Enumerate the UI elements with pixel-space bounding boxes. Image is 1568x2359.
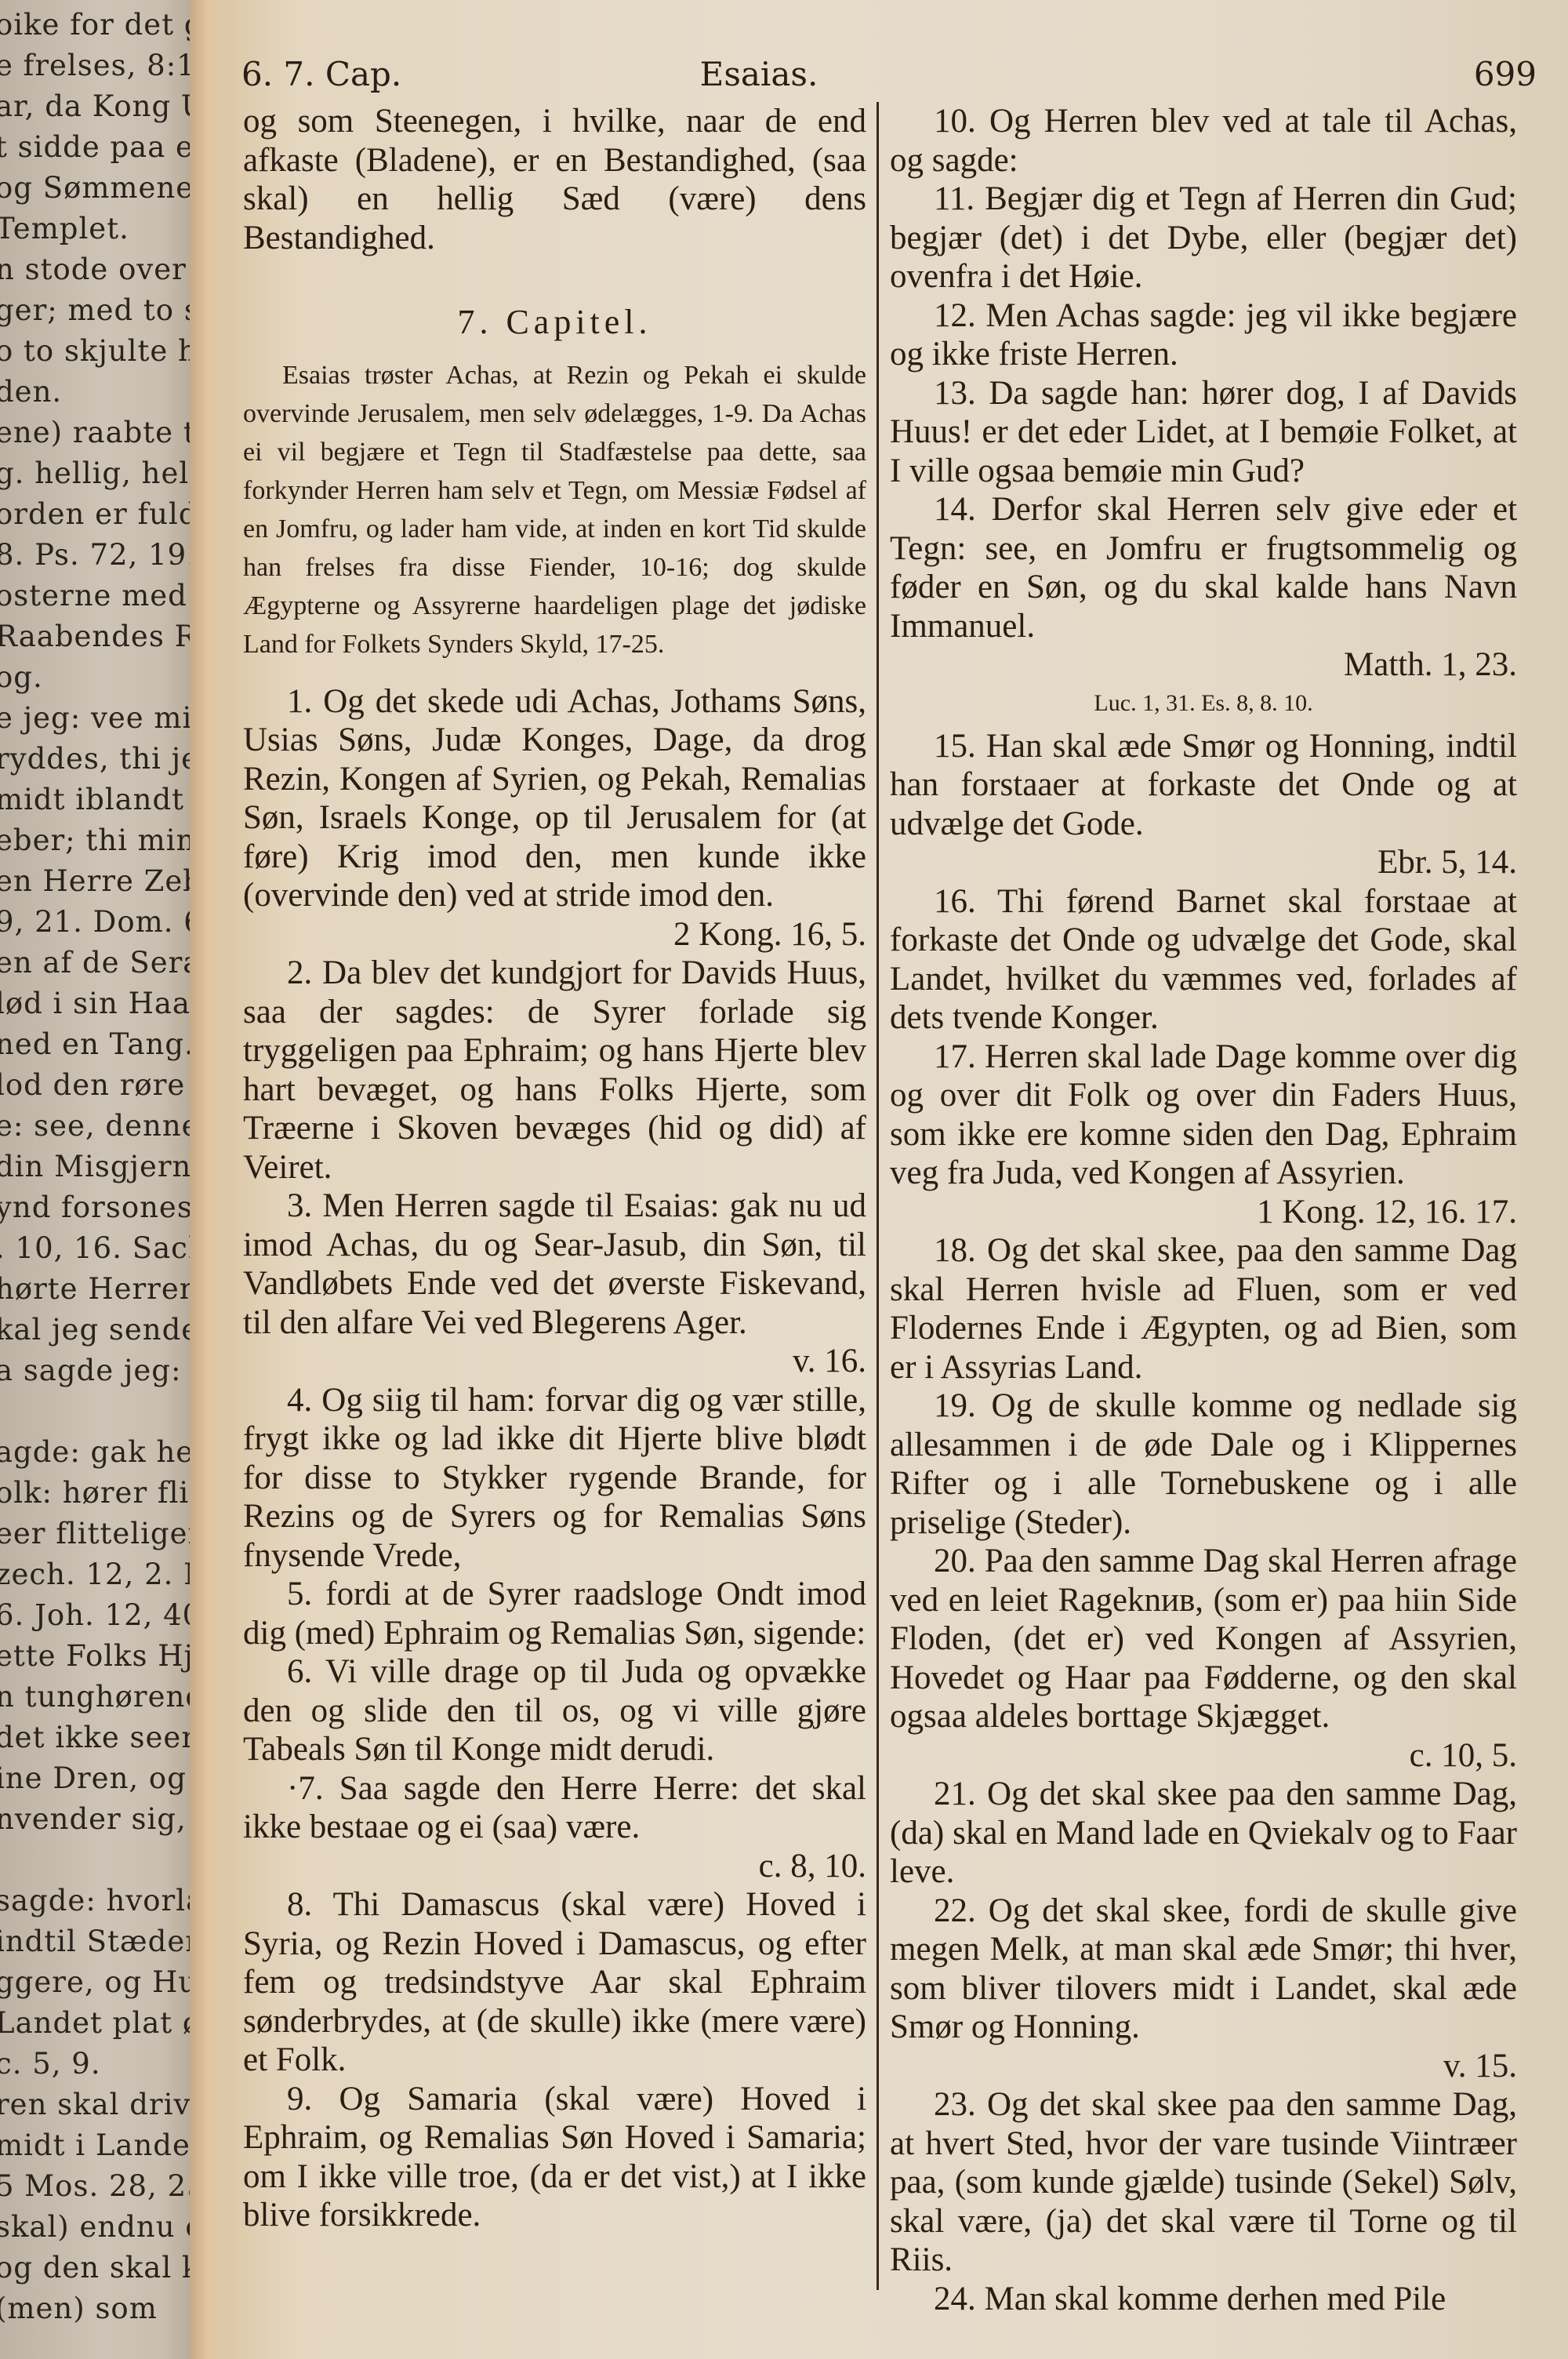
verse-text: Man skal komme derhen med Pile <box>985 2281 1446 2317</box>
facing-page-line: agde: gak hen, og du <box>0 1435 190 1469</box>
facing-page-line: ggere, og Husene for <box>0 1965 190 1999</box>
verse: 23. Og det skal skee paa den samme Dag, … <box>890 2085 1517 2280</box>
verse: 5. fordi at de Syrer raadsloge Ondt imod… <box>243 1575 866 1652</box>
verse-text: Og det skede udi Achas, Jothams Søns, Us… <box>243 683 866 914</box>
facing-page-line: 8. Ps. 72, 19. Hab. 3, 3. <box>0 538 190 572</box>
verse: 8. Thi Damascus (skal være) Hoved i Syri… <box>243 1885 866 2080</box>
cross-reference: c. 8, 10. <box>243 1847 866 1886</box>
cross-reference: 1 Kong. 12, 16. 17. <box>890 1193 1517 1232</box>
facing-page-line: og Sømmene af hans <box>0 171 190 205</box>
facing-page-line: din Misgjerning skal <box>0 1150 190 1183</box>
verse: 19. Og de skulle komme og nedlade sig al… <box>890 1387 1517 1542</box>
verse-text: Paa den samme Dag skal Herren afrage ved… <box>890 1543 1517 1735</box>
facing-page-line: en af de Seraphim til <box>0 946 190 980</box>
cross-reference: 2 Kong. 16, 5. <box>243 915 866 954</box>
cross-reference-secondary: Luc. 1, 31. Es. 8, 8. 10. <box>890 686 1517 721</box>
facing-page-line: olk: hører flitteligen og <box>0 1476 190 1510</box>
facing-page-line: (men) som <box>0 2292 158 2325</box>
facing-page-line: og den skal komme <box>0 2251 190 2284</box>
facing-page-line: ene) raabte til den (anden) <box>0 416 190 449</box>
running-head: 6. 7. Cap. Esaias. 699 <box>241 55 1537 102</box>
facing-page-line: hørte Herrens Røst, <box>0 1272 190 1306</box>
book-page: 6. 7. Cap. Esaias. 699 og som Steenegen,… <box>212 0 1568 2359</box>
chapter-summary: Esaias trøster Achas, at Rezin og Pekah … <box>243 356 866 663</box>
verse: 18. Og det skal skee, paa den samme Dag … <box>890 1231 1517 1387</box>
facing-page-line: n stode over ham, en <box>0 253 190 286</box>
facing-page-line: skal) endnu en Tiende <box>0 2210 190 2244</box>
verse-number: 15. <box>934 728 986 765</box>
verse-number: 2. <box>287 954 322 991</box>
facing-page-line: a sagde jeg: see, her er <box>0 1354 190 1387</box>
verse-number: 13. <box>934 375 989 412</box>
verse: 12. Men Achas sagde: jeg vil ikke begjær… <box>890 296 1517 374</box>
facing-page-line: osterne med Dørtærskel <box>0 579 190 612</box>
facing-page-line: en Herre Zebaoth. <box>0 864 190 898</box>
cross-reference: c. 10, 5. <box>890 1736 1517 1776</box>
verse: 21. Og det skal skee paa den samme Dag, … <box>890 1775 1517 1892</box>
cross-reference: Ebr. 5, 14. <box>890 843 1517 882</box>
facing-page-line: midt iblandt et Folk <box>0 783 190 816</box>
verse-number: 19. <box>934 1387 992 1424</box>
verse-number: 12. <box>934 297 985 334</box>
verse: 9. Og Samaria (skal være) Hoved i Ephrai… <box>243 2080 866 2235</box>
verse-text: Vi ville drage op til Juda og opvække de… <box>243 1653 866 1768</box>
facing-page-line: e frelses, 8:13. <box>0 49 190 82</box>
facing-page-line: 9, 21. Dom. 6, 22, 23. <box>0 905 190 939</box>
verse-text: Da blev det kundgjort for Davids Huus, s… <box>243 954 866 1186</box>
page-number: 699 <box>1474 55 1537 93</box>
facing-page-line: zech. 12, 2. Matth. 13, <box>0 1558 190 1591</box>
verse: 24. Man skal komme derhen med Pile <box>890 2280 1517 2319</box>
verse: 4. Og siig til ham: forvar dig og vær st… <box>243 1381 866 1576</box>
verse-number: 22. <box>934 1892 989 1929</box>
verse-list-right: 10. Og Herren blev ved at tale til Achas… <box>890 102 1517 2318</box>
verse: 13. Da sagde han: hører dog, I af Davids… <box>890 374 1517 491</box>
verse-number: 6. <box>287 1653 325 1690</box>
facing-page-line: e: see, denne haver rørt <box>0 1109 190 1143</box>
facing-page-line: sagde: hvorlænge, Herre <box>0 1884 190 1917</box>
facing-page-line: t sidde paa en høi og <box>0 130 190 164</box>
facing-page-line: . 10, 16. Sach. 3, 4. <box>0 1231 190 1265</box>
verse-number: 11. <box>934 180 985 217</box>
chapter-title: 7. Capitel. <box>243 303 866 342</box>
verse: 2. Da blev det kundgjort for Davids Huus… <box>243 954 866 1187</box>
verse: 22. Og det skal skee, fordi de skulle gi… <box>890 1892 1517 2086</box>
facing-page-strip: oike for det gienstridigee frelses, 8:13… <box>0 0 190 2359</box>
facing-page-line: ynd forsones. <box>0 1190 190 1224</box>
verse: 10. Og Herren blev ved at tale til Achas… <box>890 102 1517 180</box>
facing-page-line: kal jeg sende, og hvo <box>0 1313 190 1347</box>
verse: 1. Og det skede udi Achas, Jothams Søns,… <box>243 682 866 954</box>
facing-page-line: Raabendes Røst, og <box>0 620 190 653</box>
left-column: og som Steenegen, i hvilke, naar de end … <box>243 102 866 2235</box>
facing-page-line: ette Folks Hjerte fedt, <box>0 1639 190 1673</box>
facing-page-line: eer flitteligen og fornemmer <box>0 1517 190 1550</box>
verse-number: 18. <box>934 1232 987 1269</box>
verse: 16. Thi førend Barnet skal forstaae at f… <box>890 882 1517 1038</box>
facing-page-line: 5 Mos. 28, 25 <box>0 2169 190 2203</box>
facing-page-line: midt i Landet skal det <box>0 2128 190 2162</box>
facing-page-line: o to skjulte hver sine <box>0 334 190 368</box>
verse: 6. Vi ville drage op til Juda og opvække… <box>243 1652 866 1769</box>
facing-page-line: orden er fuld af hans <box>0 497 190 531</box>
carryover-text: og som Steenegen, i hvilke, naar de end … <box>243 102 866 257</box>
verse-number: 3. <box>287 1187 322 1224</box>
facing-page-line: eber; thi mine Dine <box>0 823 190 857</box>
verse-number: 17. <box>934 1038 985 1075</box>
facing-page-line: ger; med to skjulte hver <box>0 293 190 327</box>
verse: 20. Paa den samme Dag skal Herren afrage… <box>890 1542 1517 1775</box>
verse: 11. Begjær dig et Tegn af Herren din Gud… <box>890 180 1517 296</box>
verse-number: 23. <box>934 2086 987 2123</box>
facing-page-line: oike for det gienstridige <box>0 8 190 42</box>
facing-page-line: e jeg: vee mig! thi jeg <box>0 701 190 735</box>
verse-number: 21. <box>934 1776 987 1812</box>
verse-number: 5. <box>287 1576 325 1612</box>
facing-page-line: ryddes, thi jeg haver <box>0 742 190 776</box>
verse-number: 9. <box>287 2081 339 2117</box>
verse-number: 20. <box>934 1543 985 1579</box>
verse-text: Men Herren sagde til Esaias: gak nu ud i… <box>243 1187 866 1341</box>
facing-page-line: ar, da Kong Usia døde <box>0 89 190 123</box>
verse: 14. Derfor skal Herren selv give eder et… <box>890 490 1517 685</box>
cross-reference: v. 16. <box>243 1342 866 1381</box>
facing-page-line: indtil Stæderne blive <box>0 1925 190 1958</box>
cross-reference: v. 15. <box>890 2047 1517 2086</box>
verse-number: 24. <box>934 2281 985 2317</box>
facing-page-line: ned en Tang. <box>0 1027 190 1061</box>
verse-number: 8. <box>287 1886 333 1923</box>
verse: 17. Herren skal lade Dage komme over dig… <box>890 1038 1517 1232</box>
verse-list-left: 1. Og det skede udi Achas, Jothams Søns,… <box>243 682 866 2235</box>
book-title: Esaias. <box>241 55 1276 93</box>
verse-number: 14. <box>934 491 992 528</box>
facing-page-line: lod den røre ved <box>0 1068 190 1102</box>
verse-number: 16. <box>934 883 997 920</box>
verse: 15. Han skal æde Smør og Honning, indtil… <box>890 727 1517 882</box>
facing-page-line: ren skal drive Mennesker <box>0 2088 190 2121</box>
facing-page-line: nvender sig, at man <box>0 1802 190 1836</box>
facing-page-line: c. 5, 9. <box>0 2047 101 2081</box>
facing-page-line: Templet. <box>0 212 129 245</box>
column-divider <box>877 102 879 2290</box>
facing-page-line: det ikke seer med sine <box>0 1721 190 1754</box>
verse-number: 10. <box>934 103 989 140</box>
facing-page-line: ine Dren, og forstaaer <box>0 1761 190 1795</box>
facing-page-line: g. hellig, hellig er den <box>0 456 190 490</box>
facing-page-line: den. <box>0 375 62 409</box>
facing-page-line: Landet plat ødelægges. <box>0 2006 190 2040</box>
cross-reference: Matth. 1, 23. <box>890 645 1517 685</box>
facing-page-line: og. <box>0 660 43 694</box>
verse-number: ·7. <box>287 1770 339 1807</box>
verse: ·7. Saa sagde den Herre Herre: det skal … <box>243 1769 866 1886</box>
verse-number: 4. <box>287 1382 321 1419</box>
facing-page-line: lød i sin Haand, (som) <box>0 987 190 1020</box>
verse-text: fordi at de Syrer raadsloge Ondt imod di… <box>243 1576 866 1652</box>
facing-page-line: n tunghørende, og til <box>0 1680 190 1714</box>
verse: 3. Men Herren sagde til Esaias: gak nu u… <box>243 1187 866 1381</box>
verse-text: Og siig til ham: forvar dig og vær still… <box>243 1382 866 1574</box>
right-column: 10. Og Herren blev ved at tale til Achas… <box>890 102 1517 2318</box>
facing-page-line: 6. Joh. 12, 40. Rom. 11, 8. <box>0 1598 190 1632</box>
verse-text: Thi Damascus (skal være) Hoved i Syria, … <box>243 1886 866 2078</box>
verse-number: 1. <box>287 683 323 720</box>
